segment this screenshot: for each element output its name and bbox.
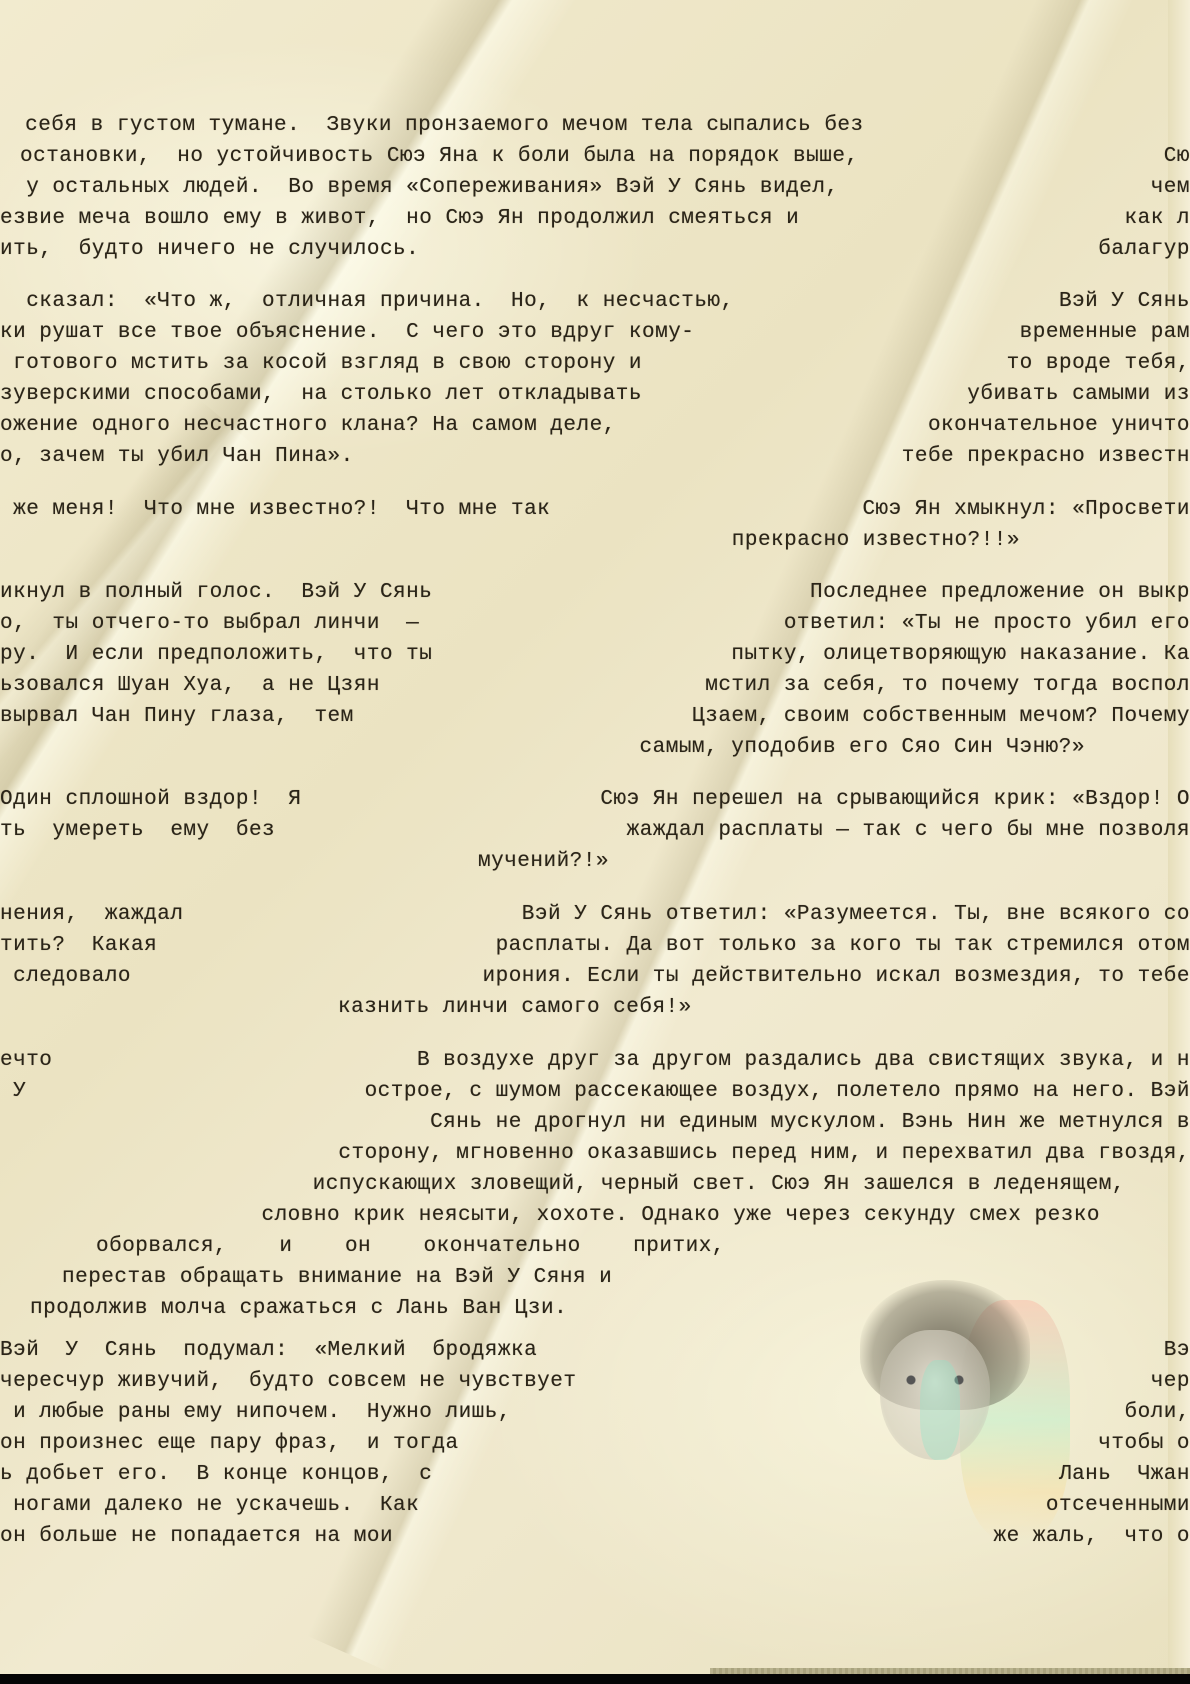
- text-line: тить? Какая: [0, 933, 157, 959]
- text-line: езвие меча вошло ему в живот, но Сюэ Ян …: [0, 206, 799, 232]
- text-line: Вэ: [1164, 1338, 1190, 1364]
- text-line: тебе прекрасно известн: [902, 444, 1190, 470]
- text-line: ь добьет его. В конце концов, с: [0, 1462, 432, 1488]
- text-line: Вэй У Сянь: [1059, 289, 1190, 315]
- text-line: готового мстить за косой взгляд в свою с…: [0, 351, 642, 377]
- text-line: окончательное уничто: [928, 413, 1190, 439]
- bottom-bar: [0, 1674, 1190, 1684]
- text-line: Сю: [1164, 144, 1190, 170]
- text-line: Последнее предложение он выкр: [810, 580, 1190, 606]
- parchment-page: себя в густом тумане. Звуки пронзаемого …: [0, 0, 1190, 1674]
- text-line: Вэй У Сянь ответил: «Разумеется. Ты, вне…: [522, 902, 1190, 928]
- text-line: чем: [1151, 175, 1190, 201]
- text-line: икнул в полный голос. Вэй У Сянь: [0, 580, 432, 606]
- text-line: остановки, но устойчивость Сюэ Яна к бол…: [20, 144, 859, 170]
- text-line: и любые раны ему нипочем. Нужно лишь,: [0, 1400, 511, 1426]
- text-line: чтобы о: [1098, 1431, 1190, 1457]
- text-line: о, зачем ты убил Чан Пина».: [0, 444, 354, 470]
- text-line: боли,: [1124, 1400, 1190, 1426]
- text-line: ответил: «Ты не просто убил его: [784, 611, 1190, 637]
- text-line: сказал: «Что ж, отличная причина. Но, к …: [0, 289, 734, 315]
- text-line: Лань Чжан: [1059, 1462, 1190, 1488]
- text-line: пытку, олицетворяющую наказание. Ка: [731, 642, 1190, 668]
- text-line: ечто: [0, 1048, 52, 1074]
- text-line: у остальных людей. Во время «Сопереживан…: [0, 175, 839, 201]
- text-line: он больше не попадается на мои: [0, 1524, 393, 1550]
- glow-effect: [920, 1360, 960, 1460]
- text-line: сторону, мгновенно оказавшись перед ним,…: [338, 1141, 1190, 1167]
- text-line: вырвал Чан Пину глаза, тем: [0, 704, 354, 730]
- text-line: Цзаем, своим собственным мечом? Почему: [692, 704, 1190, 730]
- text-line: ить, будто ничего не случилось.: [0, 237, 419, 263]
- paper-fold-shadow: [0, 0, 662, 1560]
- text-line: временные рам: [1020, 320, 1190, 346]
- text-line: продолжив молча сражаться с Лань Ван Цзи…: [30, 1296, 567, 1322]
- text-line: В воздухе друг за другом раздались два с…: [417, 1048, 1190, 1074]
- text-line: оборвался, и он окончательно притих,: [96, 1234, 725, 1260]
- text-line: ногами далеко не ускачешь. Как: [0, 1493, 419, 1519]
- text-line: же меня! Что мне известно?! Что мне так: [0, 497, 550, 523]
- text-line: перестав обращать внимание на Вэй У Сяня…: [62, 1265, 612, 1291]
- text-line: Сюэ Ян перешел на срывающийся крик: «Взд…: [600, 787, 1190, 813]
- text-line: жаждал расплаты — так с чего бы мне позв…: [627, 818, 1190, 844]
- text-line: самым, уподобив его Сяо Син Чэню?»: [640, 735, 1085, 761]
- text-line: острое, с шумом рассекающее воздух, поле…: [365, 1079, 1190, 1105]
- text-line: Вэй У Сянь подумал: «Мелкий бродяжка: [0, 1338, 537, 1364]
- text-line: прекрасно известно?!!»: [732, 528, 1020, 554]
- text-line: чересчур живучий, будто совсем не чувств…: [0, 1369, 577, 1395]
- text-line: словно крик неясыти, хохоте. Однако уже …: [261, 1203, 1100, 1229]
- text-line: отсеченными: [1046, 1493, 1190, 1519]
- text-line: мучений?!»: [478, 849, 609, 875]
- text-line: следовало: [0, 964, 131, 990]
- text-line: ожение одного несчастного клана? На само…: [0, 413, 616, 439]
- text-line: зуверскими способами, на столько лет отк…: [0, 382, 642, 408]
- text-line: мстил за себя, то почему тогда воспол: [705, 673, 1190, 699]
- text-line: как л: [1124, 206, 1190, 232]
- text-line: ьзовался Шуан Хуа, а не Цзян: [0, 673, 380, 699]
- text-line: нения, жаждал: [0, 902, 183, 928]
- text-line: балагур: [1098, 237, 1190, 263]
- text-line: же жаль, что о: [993, 1524, 1190, 1550]
- text-line: ру. И если предположить, что ты: [0, 642, 432, 668]
- text-line: У: [0, 1079, 26, 1105]
- text-line: то вроде тебя,: [1007, 351, 1190, 377]
- text-line: Сянь не дрогнул ни единым мускулом. Вэнь…: [430, 1110, 1190, 1136]
- text-line: расплаты. Да вот только за кого ты так с…: [496, 933, 1190, 959]
- text-line: Один сплошной вздор! Я: [0, 787, 301, 813]
- text-line: ть умереть ему без: [0, 818, 275, 844]
- text-line: о, ты отчего-то выбрал линчи —: [0, 611, 419, 637]
- text-line: испускающих зловещий, черный свет. Сюэ Я…: [313, 1172, 1125, 1198]
- text-line: себя в густом тумане. Звуки пронзаемого …: [12, 113, 864, 139]
- text-line: он произнес еще пару фраз, и тогда: [0, 1431, 459, 1457]
- text-line: казнить линчи самого себя!»: [338, 995, 692, 1021]
- text-line: ирония. Если ты действительно искал возм…: [482, 964, 1190, 990]
- text-line: ки рушат все твое объяснение. С чего это…: [0, 320, 694, 346]
- text-line: убивать самыми из: [967, 382, 1190, 408]
- text-line: чер: [1151, 1369, 1190, 1395]
- text-line: Сюэ Ян хмыкнул: «Просвети: [862, 497, 1190, 523]
